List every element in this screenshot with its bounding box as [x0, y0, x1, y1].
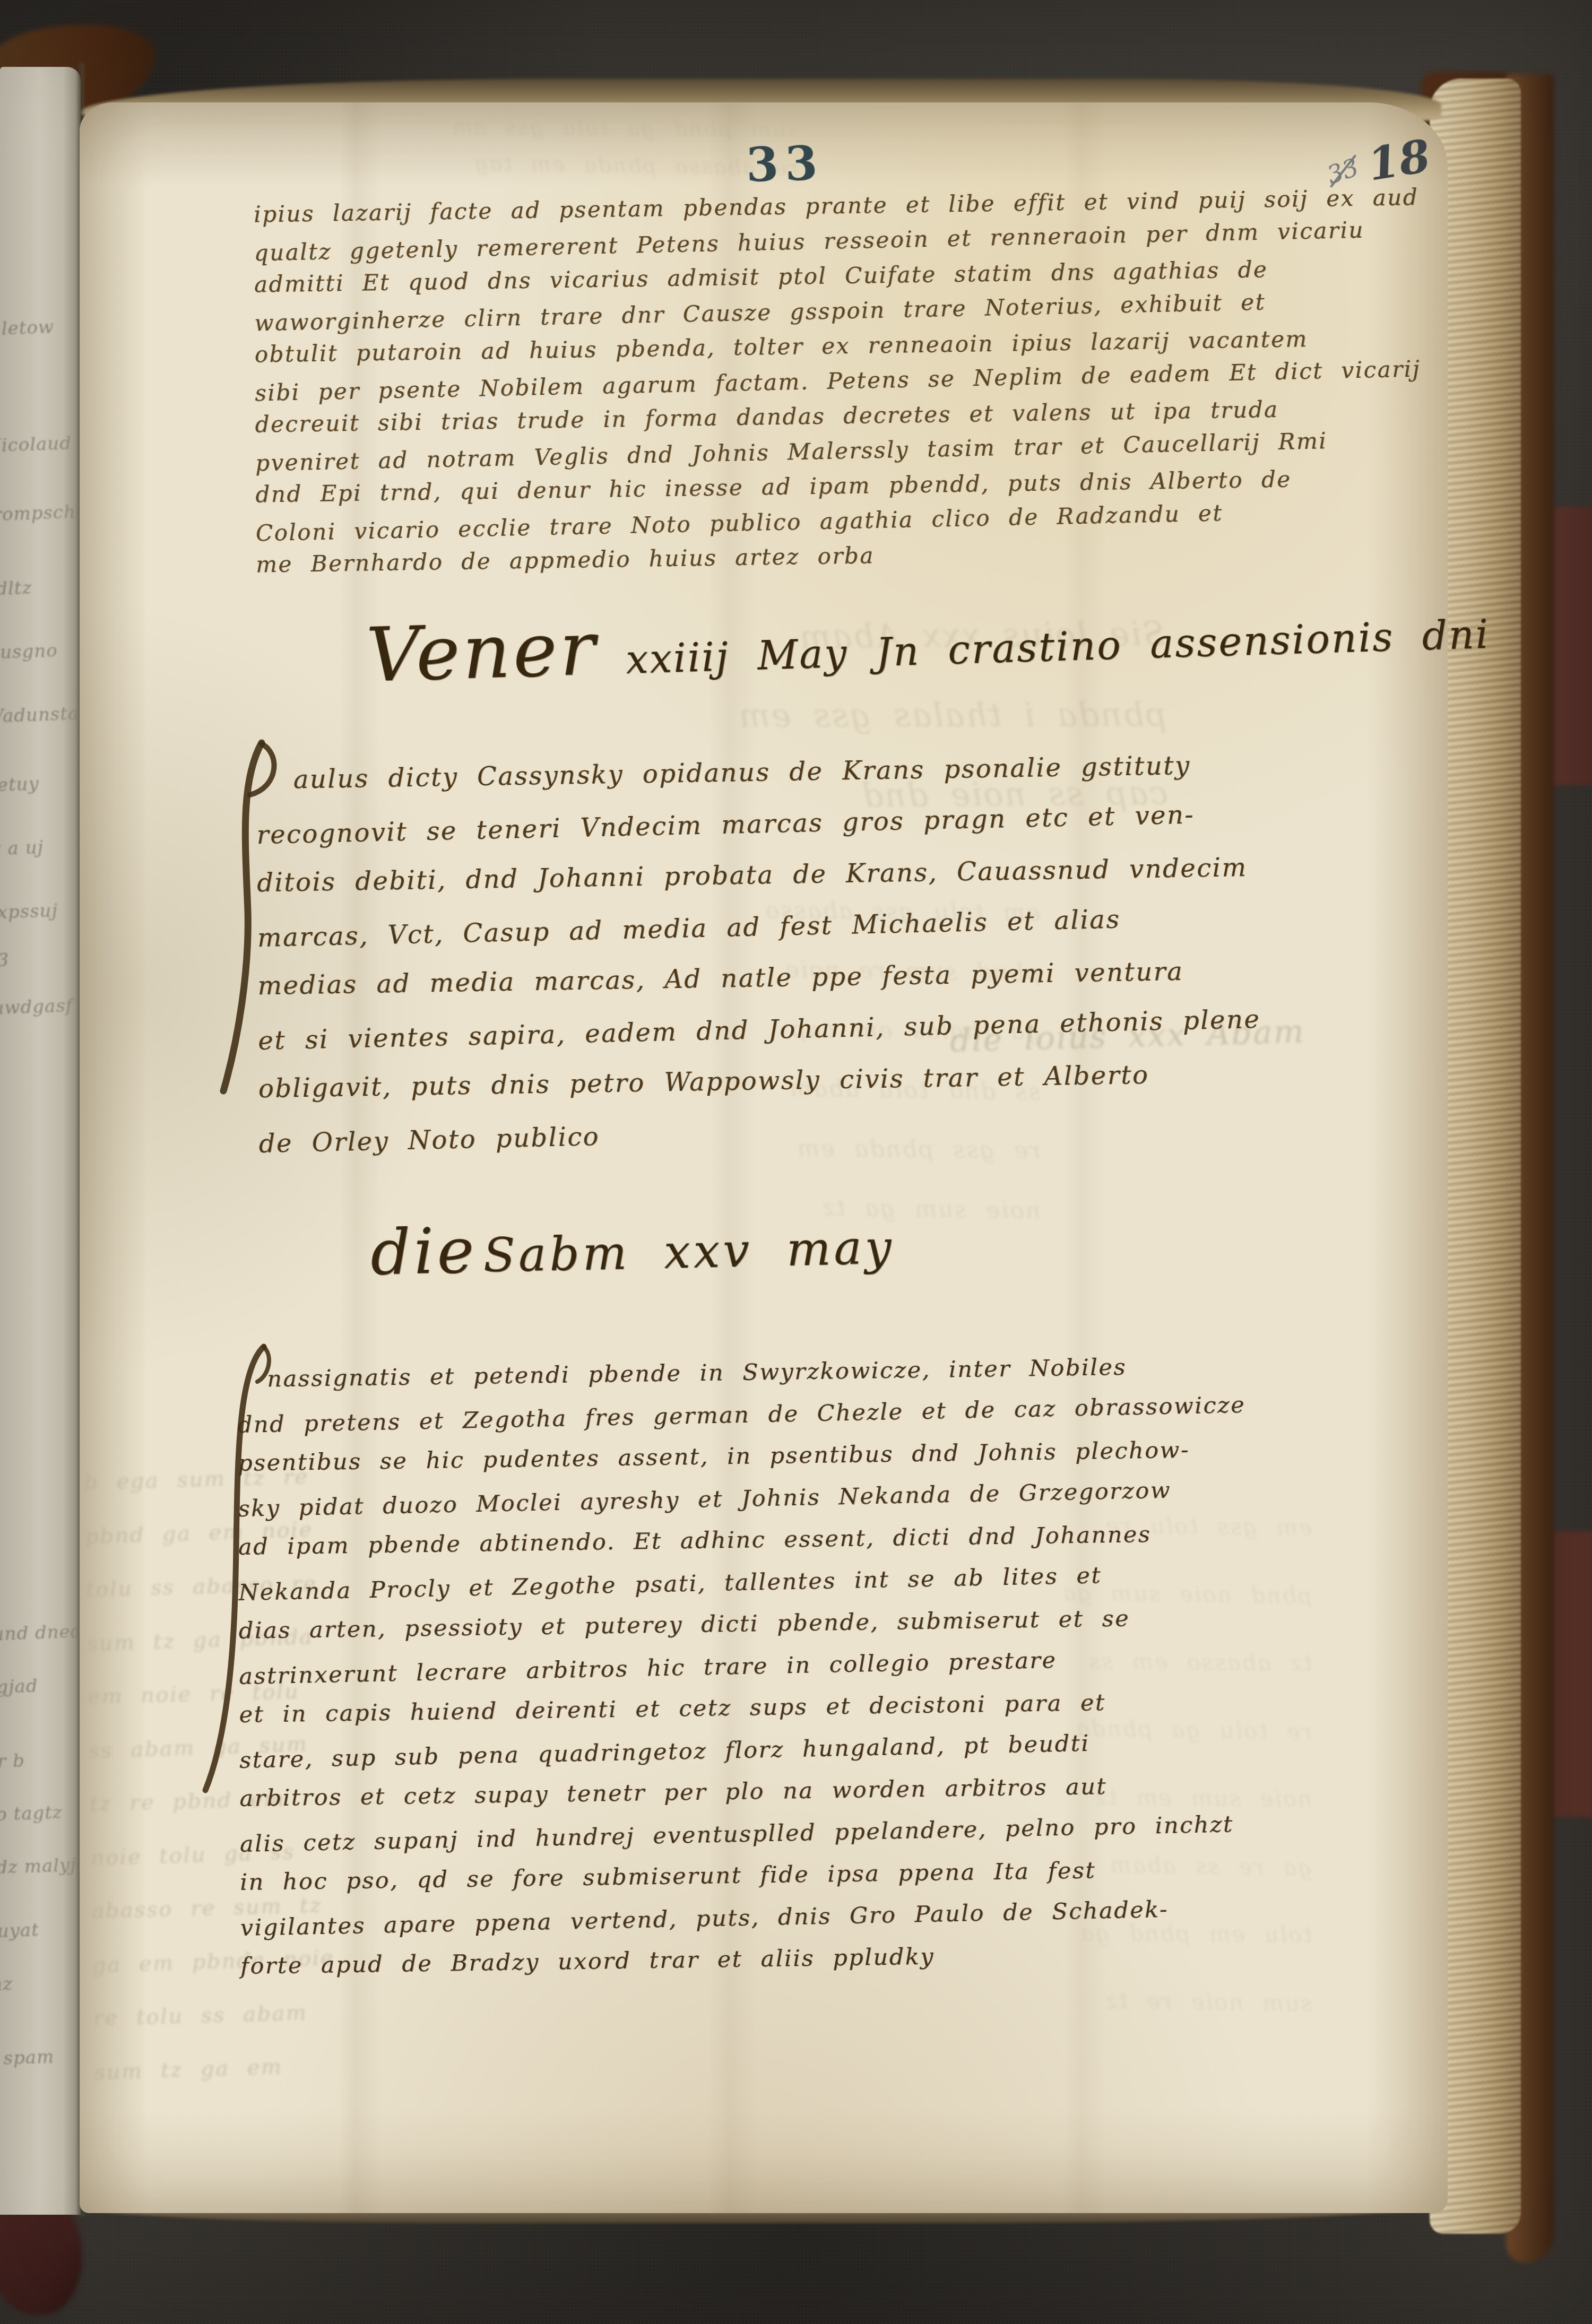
- marginalia-fragment: ur b: [0, 1748, 76, 1773]
- page-number-stamp: 33: [746, 135, 825, 193]
- marginalia-fragment: fuwdgasf: [0, 995, 76, 1019]
- marginalia-fragment: vo tagtz: [0, 1801, 76, 1826]
- marginalia-fragment: detuy: [0, 772, 76, 796]
- heading-rest: xxiiij May Jn crastino assensionis dni: [598, 612, 1491, 684]
- facing-page-strip: z letowNicolaudtrompschydltzGusgnoWaduns…: [0, 67, 81, 2215]
- marginalia-fragment: dxpssuj: [0, 899, 76, 924]
- marginalia-fragment: z letow: [0, 316, 76, 340]
- manuscript-photo: z letowNicolaudtrompschydltzGusgnoWaduns…: [0, 0, 1592, 2324]
- marginalia-fragment: fund dned: [0, 1621, 76, 1645]
- marginalia-fragment: 13: [0, 947, 76, 972]
- manuscript-page: sum pbnd ga tolu gss amre abasso pbnda e…: [80, 102, 1448, 2213]
- entry-2-date-heading: Vener xxiiij May Jn crastino assensionis…: [365, 579, 1491, 699]
- marginalia-fragment: duyat: [0, 1918, 76, 1943]
- marginalia-fragment: ydltz: [0, 576, 76, 600]
- entry-3-text: nassignatis et petendi pbende in Swyrzko…: [237, 1347, 1461, 1982]
- entry-1-text: ipius lazarij facte ad psentam pbendas p…: [254, 185, 1450, 577]
- heading-word: Vener: [365, 605, 599, 699]
- marginalia-fragment: Wadunstam: [0, 703, 76, 727]
- entry-3-date-heading: die Sabm xxv may: [370, 1205, 895, 1289]
- marginalia-fragment: p spam: [0, 2045, 76, 2070]
- entry-2-text: aulus dicty Cassynsky opidanus de Krans …: [256, 741, 1437, 1161]
- marginalia-fragment: trompsch: [0, 501, 76, 526]
- marginalia-fragment: Nicolaud: [0, 432, 76, 457]
- marginalia-fragment: agjad: [0, 1674, 76, 1698]
- marginalia-fragment: ydz malyj: [0, 1854, 76, 1879]
- marginalia-fragment: mz: [0, 1971, 76, 1996]
- marginalia-fragment: Gusgno: [0, 639, 76, 664]
- heading-rest: Sabm xxv may: [482, 1220, 895, 1283]
- marginalia-fragment: lz a uj: [0, 836, 76, 860]
- heading-word: die: [370, 1213, 478, 1289]
